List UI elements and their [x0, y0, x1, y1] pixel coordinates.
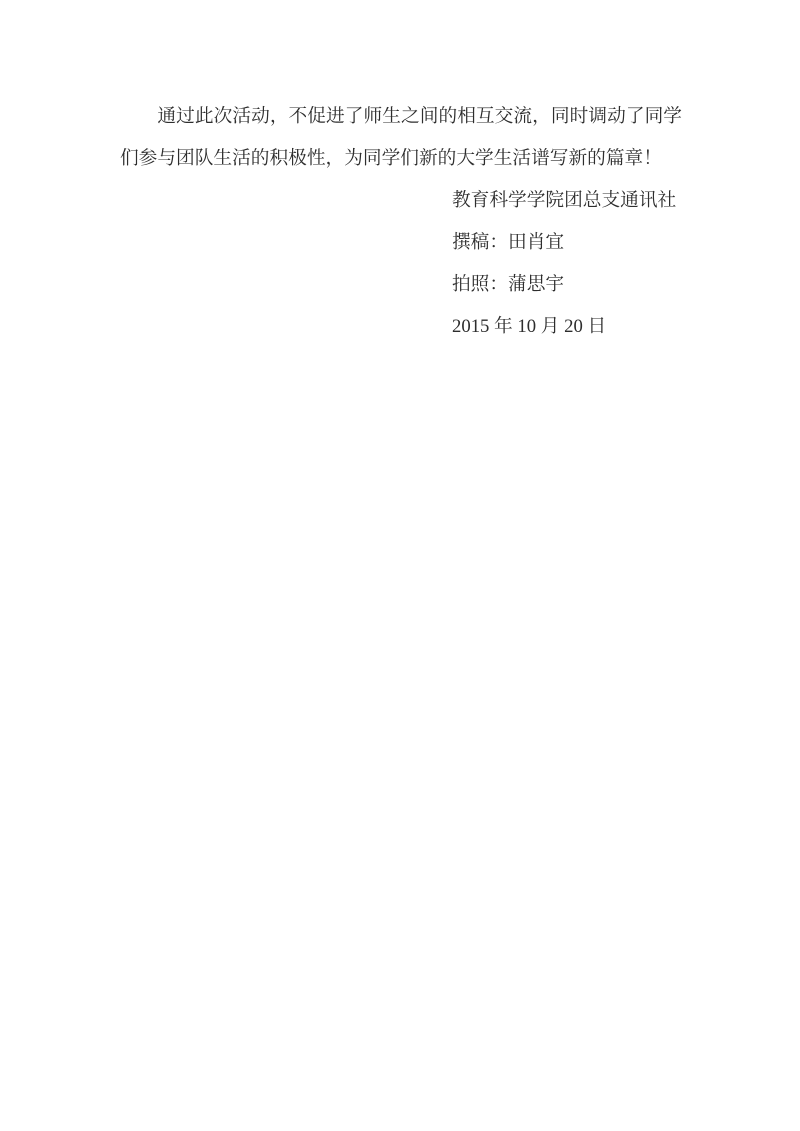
document-content: 通过此次活动，不促进了师生之间的相互交流，同时调动了同学们参与团队生活的积极性，…: [0, 0, 800, 348]
signature-date: 2015 年 10 月 20 日: [452, 306, 682, 348]
document-page: 通过此次活动，不促进了师生之间的相互交流，同时调动了同学们参与团队生活的积极性，…: [0, 0, 800, 1131]
closing-paragraph: 通过此次活动，不促进了师生之间的相互交流，同时调动了同学们参与团队生活的积极性，…: [120, 96, 682, 180]
signature-photographer: 拍照：蒲思宇: [452, 264, 682, 306]
signature-block: 教育科学学院团总支通讯社 撰稿：田肖宜 拍照：蒲思宇 2015 年 10 月 2…: [452, 180, 682, 348]
signature-organization: 教育科学学院团总支通讯社: [452, 180, 682, 222]
signature-writer: 撰稿：田肖宜: [452, 222, 682, 264]
